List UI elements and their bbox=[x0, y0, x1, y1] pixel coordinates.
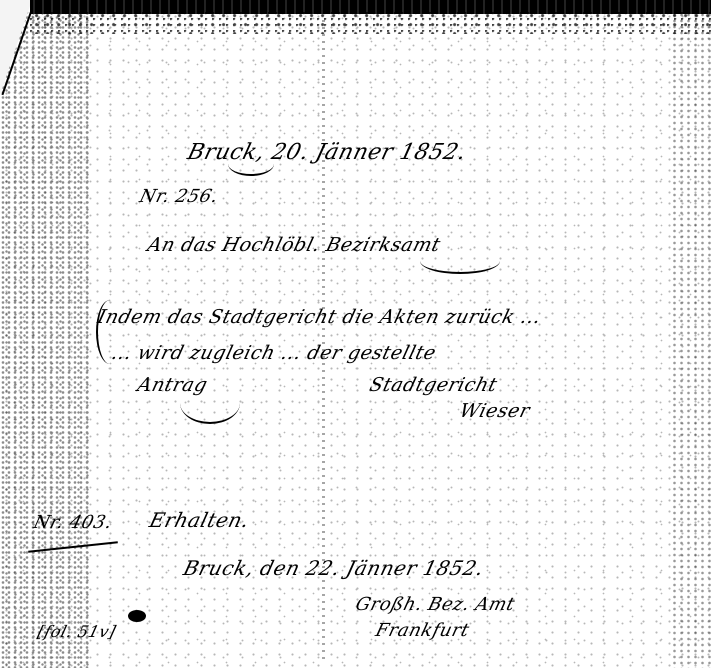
flourish bbox=[228, 152, 274, 176]
receipt-office: Großh. Bez. Amt bbox=[353, 594, 517, 615]
corner-fold bbox=[0, 0, 32, 95]
addressee-line: An das Hochlöbl. Bezirksamt bbox=[145, 234, 443, 256]
scan-top-edge-fringe bbox=[30, 12, 711, 34]
header-number: Nr. 256. bbox=[137, 186, 220, 207]
flourish bbox=[180, 382, 240, 424]
scan-noise-right-edge bbox=[671, 0, 711, 668]
receipt-label: Erhalten. bbox=[147, 508, 252, 532]
body-line-1: Indem das Stadtgericht die Akten zurück … bbox=[95, 306, 543, 328]
flourish bbox=[420, 248, 500, 274]
receipt-number: Nr. 403. bbox=[31, 512, 114, 533]
body-line-3-right: Stadtgericht bbox=[367, 374, 499, 396]
receipt-place-date: Bruck, den 22. Jänner 1852. bbox=[181, 556, 486, 580]
scanned-document-page: Bruck, 20. Jänner 1852. Nr. 256. An das … bbox=[0, 0, 711, 668]
scan-noise-left-edge bbox=[0, 0, 90, 668]
ink-blot bbox=[128, 610, 146, 622]
margin-note: [fol. 51v] bbox=[36, 622, 118, 641]
receipt-number-underline bbox=[28, 541, 118, 552]
receipt-signature: Frankfurt bbox=[373, 620, 471, 641]
body-line-2: ... wird zugleich ... der gestellte bbox=[109, 342, 438, 364]
first-signature: Wieser bbox=[457, 400, 532, 422]
